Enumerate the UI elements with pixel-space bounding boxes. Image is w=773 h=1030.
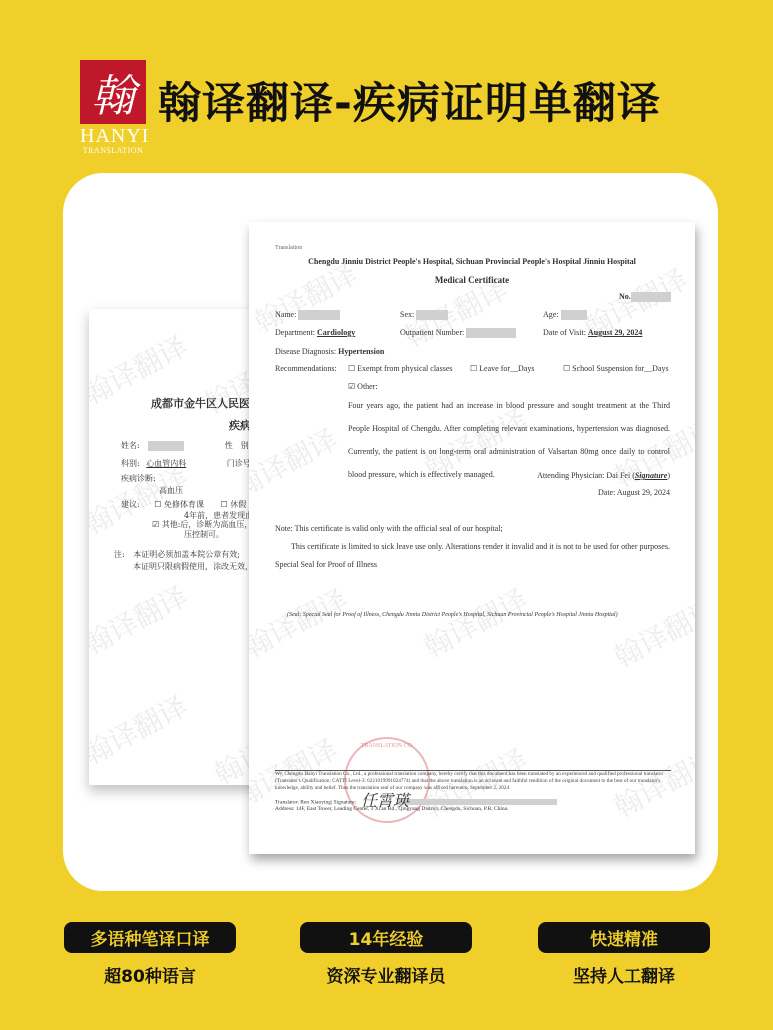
outpatient-field: Outpatient Number: <box>400 328 516 338</box>
translator-signature: 任霄瑛 <box>361 788 409 811</box>
translated-document: 翰译翻译 翰译翻译 翰译翻译 翰译翻译 翰译翻译 翰译翻译 翰译翻译 翰译翻译 … <box>249 222 695 854</box>
rec-option-label: Other: <box>357 382 377 391</box>
redacted-name <box>148 441 184 451</box>
dept-value: 心血管内科 <box>146 459 186 468</box>
checkbox-unchecked-icon: ☐ <box>221 500 228 509</box>
rec-option-exempt: ☐ Exempt from physical classes <box>348 364 452 373</box>
checkbox-checked-icon: ☑ <box>348 382 355 391</box>
option-leave: 休假 <box>230 500 246 509</box>
outpatient-label: Outpatient Number: <box>400 328 464 337</box>
original-hospital-name: 成都市金牛区人民医院· <box>151 395 265 411</box>
hanyi-logo: 翰 HANYI TRANSLATION <box>80 60 146 155</box>
note-1: Note: This certificate is valid only wit… <box>275 524 503 533</box>
other-text-3: 压控制可。 <box>184 529 224 540</box>
rec-option-suspension: ☐ School Suspension for__Days <box>563 364 669 373</box>
redacted-outpatient <box>466 328 516 338</box>
department-field: Department: Cardiology <box>275 328 355 337</box>
feature-badge-accuracy: 快速精准 <box>538 922 710 953</box>
logo-subtitle: TRANSLATION <box>80 146 146 155</box>
logo-name: HANYI <box>80 126 146 146</box>
name-label: 姓名: <box>121 441 140 450</box>
diagnosis-label: Disease Diagnosis: <box>275 347 336 356</box>
diagnosis-value: Hypertension <box>338 347 384 356</box>
logo-mark: 翰 <box>80 60 146 124</box>
checkbox-unchecked-icon: ☐ <box>563 364 570 373</box>
seal-caption: (Seal: Special Seal for Proof of Illness… <box>287 612 618 618</box>
watermark: 翰译翻译 <box>249 418 344 506</box>
certificate-title: Medical Certificate <box>249 275 695 285</box>
signature-label: Signature <box>635 471 667 480</box>
name-label: Name: <box>275 310 296 319</box>
sex-label: 性 别: <box>225 441 252 450</box>
redacted-number <box>631 292 671 302</box>
diagnosis-label: 疾病诊断: <box>121 473 156 484</box>
other-label: 其他: <box>162 520 181 529</box>
feature-caption-manual: 坚持人工翻译 <box>538 962 710 987</box>
dept-label: 科别: <box>121 459 140 468</box>
translator: Translator: Ren Xiaoying| Signature: <box>275 799 356 805</box>
note-1: 本证明必须加盖本院公章有效; <box>133 550 240 559</box>
translation-label: Translation <box>275 245 302 251</box>
physician-line: Attending Physician: Dai Fei (Signature) <box>537 471 670 480</box>
checkbox-unchecked-icon: ☐ <box>154 500 161 509</box>
name-field: Name: <box>275 310 340 320</box>
original-name-row: 姓名: 性 别: <box>121 440 252 451</box>
seal-ring-text: TRANSLATION CO. <box>346 743 428 749</box>
translator-line: Translator: Ren Xiaoying| Signature: <box>275 799 557 805</box>
page-title: 翰译翻译-疾病证明单翻译 <box>158 70 661 131</box>
other-text-2: 后，诊断为高血压， <box>180 520 252 529</box>
checkbox-unchecked-icon: ☐ <box>348 364 355 373</box>
rec-option-other: ☑ Other: <box>348 382 378 391</box>
rec-option-leave: ☐ Leave for__Days <box>470 364 534 373</box>
diagnosis-value: 高血压 <box>159 485 183 496</box>
advice-row: 建议: ☐ 免修体育课 ☐ 休假 <box>121 499 246 510</box>
age-field: Age: <box>543 310 587 320</box>
age-label: Age: <box>543 310 559 319</box>
department-value: Cardiology <box>317 328 355 337</box>
checkbox-checked-icon: ☑ <box>152 520 159 529</box>
redacted-sex <box>416 310 448 320</box>
original-dept-row: 科别: 心血管内科 门诊号: <box>121 458 254 469</box>
watermark: 翰译翻译 <box>606 588 695 676</box>
note-2: This certificate is limited to sick leav… <box>291 542 670 551</box>
physician: Attending Physician: Dai Fei <box>537 471 630 480</box>
recommendations-label: Recommendations: <box>275 364 337 373</box>
redacted-contact <box>397 799 557 805</box>
visit-field: Date of Visit: August 29, 2024 <box>543 328 642 337</box>
note-label: 注: <box>114 550 125 559</box>
rec-option-label: School Suspension for__Days <box>572 364 668 373</box>
option-pe: 免修体育课 <box>164 500 204 509</box>
certification-statement: We, Chengdu Hanyi Translation Co., Ltd.,… <box>275 771 671 792</box>
visit-value: August 29, 2024 <box>588 328 642 337</box>
watermark: 翰译翻译 <box>89 685 194 773</box>
feature-badge-experience: 14年经验 <box>300 922 472 953</box>
rec-option-label: Exempt from physical classes <box>357 364 452 373</box>
certificate-number: No. <box>619 292 671 302</box>
no-label: No. <box>619 292 631 301</box>
seal-label: Special Seal for Proof of Illness <box>275 560 377 569</box>
watermark: 翰译翻译 <box>89 575 194 663</box>
watermark: 翰译翻译 <box>249 578 354 666</box>
visit-label: Date of Visit: <box>543 328 586 337</box>
redacted-name <box>298 310 340 320</box>
redacted-age <box>561 310 587 320</box>
hospital-name: Chengdu Jinniu District People's Hospita… <box>249 257 695 266</box>
advice-label: 建议: <box>121 500 140 509</box>
rec-option-label: Leave for__Days <box>479 364 534 373</box>
original-notes: 注: 本证明必须加盖本院公章有效; 本证明只限病假使用，涂改无效，不作 <box>114 549 269 573</box>
certificate-date: Date: August 29, 2024 <box>598 488 670 497</box>
feature-badge-multilingual: 多语种笔译口译 <box>64 922 236 953</box>
department-label: Department: <box>275 328 315 337</box>
diagnosis-field: Disease Diagnosis: Hypertension <box>275 347 384 356</box>
feature-caption-translators: 资深专业翻译员 <box>300 962 472 987</box>
sex-field: Sex: <box>400 310 448 320</box>
sex-label: Sex: <box>400 310 414 319</box>
checkbox-unchecked-icon: ☐ <box>470 364 477 373</box>
feature-caption-languages: 超80种语言 <box>64 962 236 987</box>
watermark: 翰译翻译 <box>416 578 534 666</box>
